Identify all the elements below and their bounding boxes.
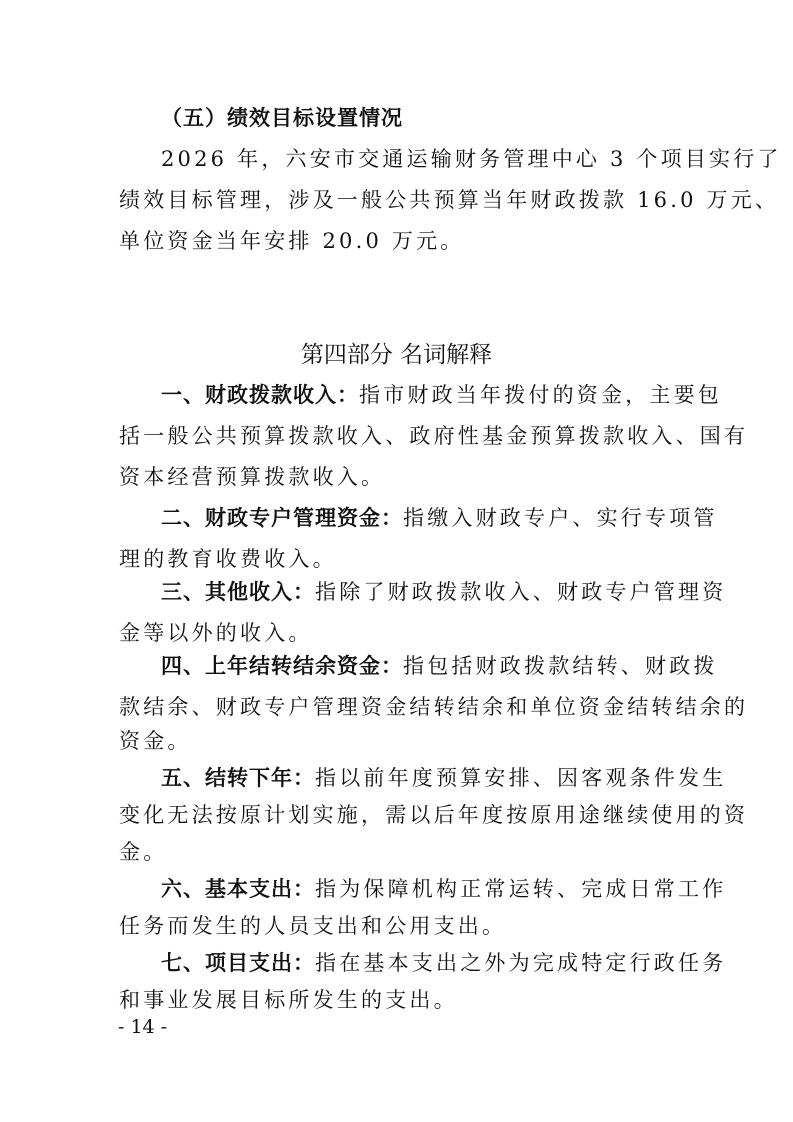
- definition-continuation: 资本经营预算拨款收入。: [119, 463, 675, 491]
- definition-continuation: 理的教育收费收入。: [119, 545, 675, 573]
- performance-line: 绩效目标管理，涉及一般公共预算当年财政拨款 16.0 万元、: [119, 186, 675, 214]
- definition-6: 六、基本支出：指为保障机构正常运转、完成日常工作: [161, 875, 675, 903]
- definition-3: 三、其他收入：指除了财政拨款收入、财政专户管理资: [161, 578, 675, 606]
- definition-continuation: 和事业发展目标所发生的支出。: [119, 986, 675, 1014]
- definition-text: 指在基本支出之外为完成特定行政任务: [315, 951, 726, 975]
- performance-line: 单位资金当年安排 20.0 万元。: [119, 227, 675, 255]
- definition-term: 三、其他收入：: [161, 580, 315, 604]
- definition-term: 一、财政拨款收入：: [161, 383, 359, 407]
- definition-term: 二、财政专户管理资金：: [161, 506, 403, 530]
- section-title: 第四部分 名词解释: [0, 340, 793, 370]
- definition-term: 四、上年结转结余资金：: [161, 654, 403, 678]
- definition-continuation: 资金。: [119, 727, 675, 755]
- page-number: - 14 -: [118, 1015, 167, 1039]
- definition-text: 指市财政当年拨付的资金，主要包: [359, 383, 722, 407]
- definition-continuation: 任务而发生的人员支出和公用支出。: [119, 912, 675, 940]
- definition-text: 指缴入财政专户、实行专项管: [403, 506, 718, 530]
- definition-text: 指以前年度预算安排、因客观条件发生: [315, 766, 726, 790]
- definition-1: 一、财政拨款收入：指市财政当年拨付的资金，主要包: [161, 381, 675, 409]
- definition-7: 七、项目支出：指在基本支出之外为完成特定行政任务: [161, 949, 675, 977]
- definition-2: 二、财政专户管理资金：指缴入财政专户、实行专项管: [161, 504, 675, 532]
- definition-text: 指包括财政拨款结转、财政拨: [403, 654, 718, 678]
- definition-term: 五、结转下年：: [161, 766, 315, 790]
- definition-term: 六、基本支出：: [161, 877, 315, 901]
- definition-text: 指除了财政拨款收入、财政专户管理资: [315, 580, 726, 604]
- definition-continuation: 括一般公共预算拨款收入、政府性基金预算拨款收入、国有: [119, 422, 675, 450]
- definition-text: 指为保障机构正常运转、完成日常工作: [315, 877, 726, 901]
- definition-5: 五、结转下年：指以前年度预算安排、因客观条件发生: [161, 764, 675, 792]
- definition-continuation: 款结余、财政专户管理资金结转结余和单位资金结转结余的: [119, 693, 675, 721]
- performance-line: 2026 年，六安市交通运输财务管理中心 3 个项目实行了: [161, 145, 675, 173]
- definition-4: 四、上年结转结余资金：指包括财政拨款结转、财政拨: [161, 652, 675, 680]
- definition-continuation: 金。: [119, 838, 675, 866]
- document-page: （五）绩效目标设置情况 2026 年，六安市交通运输财务管理中心 3 个项目实行…: [0, 0, 793, 1122]
- definition-term: 七、项目支出：: [161, 951, 315, 975]
- performance-heading: （五）绩效目标设置情况: [161, 104, 403, 132]
- definition-continuation: 变化无法按原计划实施，需以后年度按原用途继续使用的资: [119, 801, 675, 829]
- definition-continuation: 金等以外的收入。: [119, 619, 675, 647]
